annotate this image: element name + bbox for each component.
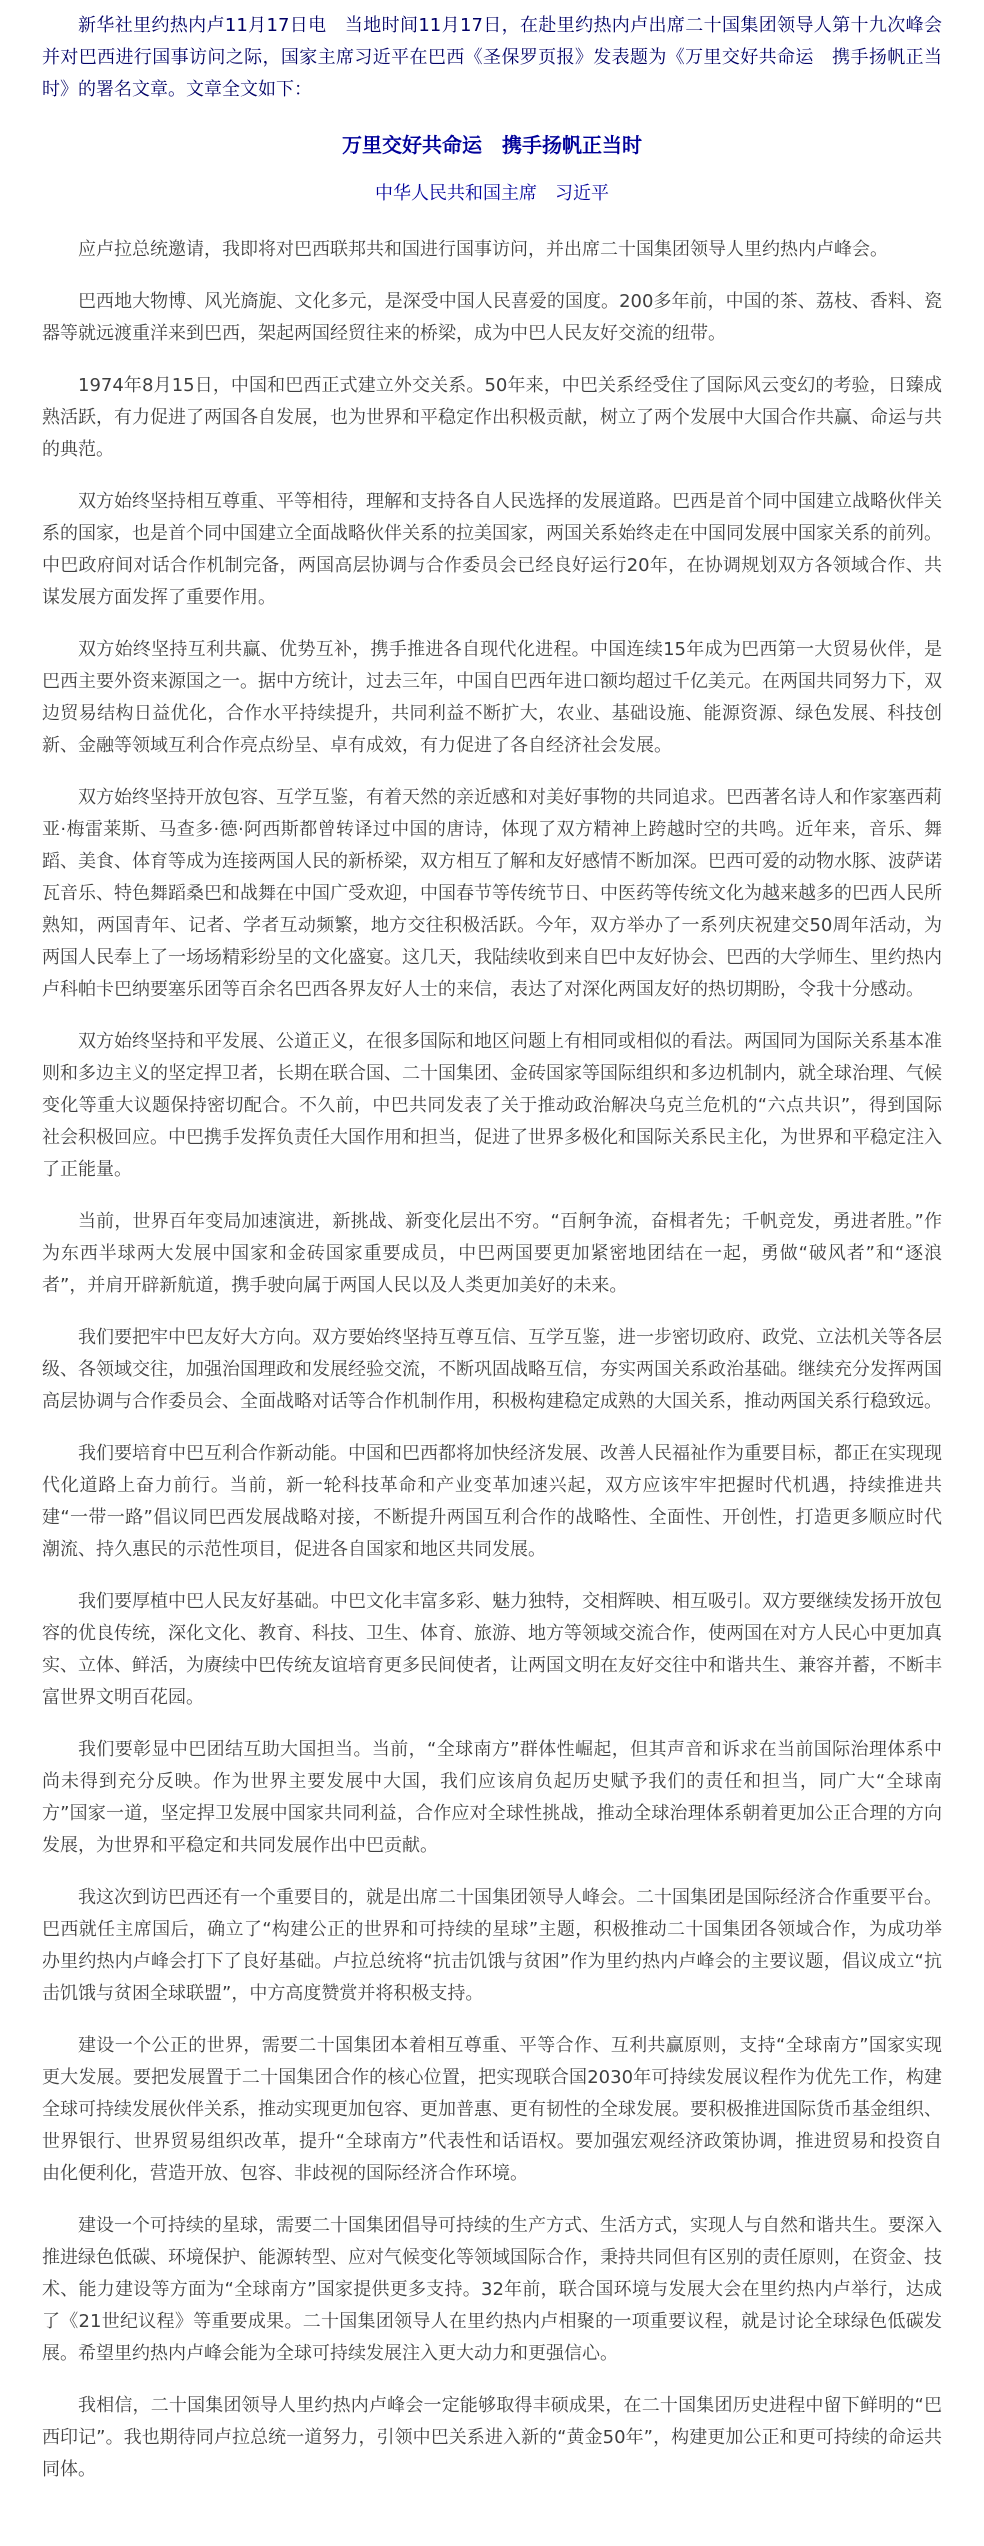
article-paragraph: 双方始终坚持和平发展、公道正义，在很多国际和地区问题上有相同或相似的看法。两国同… <box>42 1026 942 1186</box>
article-lead: 新华社里约热内卢11月17日电 当地时间11月17日，在赴里约热内卢出席二十国集… <box>42 10 942 106</box>
article-paragraph: 应卢拉总统邀请，我即将对巴西联邦共和国进行国事访问，并出席二十国集团领导人里约热… <box>42 234 942 266</box>
article-paragraph: 我们要培育中巴互利合作新动能。中国和巴西都将加快经济发展、改善人民福祉作为重要目… <box>42 1438 942 1566</box>
article-paragraph: 当前，世界百年变局加速演进，新挑战、新变化层出不穷。“百舸争流，奋楫者先；千帆竞… <box>42 1206 942 1302</box>
article-paragraph: 我们要厚植中巴人民友好基础。中巴文化丰富多彩、魅力独特，交相辉映、相互吸引。双方… <box>42 1586 942 1714</box>
article-paragraph: 巴西地大物博、风光旖旎、文化多元，是深受中国人民喜爱的国度。200多年前，中国的… <box>42 286 942 350</box>
article-byline: 中华人民共和国主席 习近平 <box>42 178 942 210</box>
article-title: 万里交好共命运 携手扬帆正当时 <box>42 126 942 164</box>
article-paragraph: 我这次到访巴西还有一个重要目的，就是出席二十国集团领导人峰会。二十国集团是国际经… <box>42 1882 942 2010</box>
article-paragraph: 我们要把牢中巴友好大方向。双方要始终坚持互尊互信、互学互鉴，进一步密切政府、政党… <box>42 1322 942 1418</box>
article-paragraph: 建设一个公正的世界，需要二十国集团本着相互尊重、平等合作、互利共赢原则，支持“全… <box>42 2030 942 2190</box>
article-paragraph: 双方始终坚持互利共赢、优势互补，携手推进各自现代化进程。中国连续15年成为巴西第… <box>42 634 942 762</box>
article-paragraph: 1974年8月15日，中国和巴西正式建立外交关系。50年来，中巴关系经受住了国际… <box>42 370 942 466</box>
article-paragraph: 建设一个可持续的星球，需要二十国集团倡导可持续的生产方式、生活方式，实现人与自然… <box>42 2210 942 2370</box>
article-paragraph: 双方始终坚持相互尊重、平等相待，理解和支持各自人民选择的发展道路。巴西是首个同中… <box>42 486 942 614</box>
article-page: 新华社里约热内卢11月17日电 当地时间11月17日，在赴里约热内卢出席二十国集… <box>0 0 984 2546</box>
article-paragraph: 我们要彰显中巴团结互助大国担当。当前，“全球南方”群体性崛起，但其声音和诉求在当… <box>42 1734 942 1862</box>
article-body: 应卢拉总统邀请，我即将对巴西联邦共和国进行国事访问，并出席二十国集团领导人里约热… <box>42 234 942 2486</box>
article-paragraph: 双方始终坚持开放包容、互学互鉴，有着天然的亲近感和对美好事物的共同追求。巴西著名… <box>42 782 942 1006</box>
article-paragraph: 我相信，二十国集团领导人里约热内卢峰会一定能够取得丰硕成果，在二十国集团历史进程… <box>42 2390 942 2486</box>
